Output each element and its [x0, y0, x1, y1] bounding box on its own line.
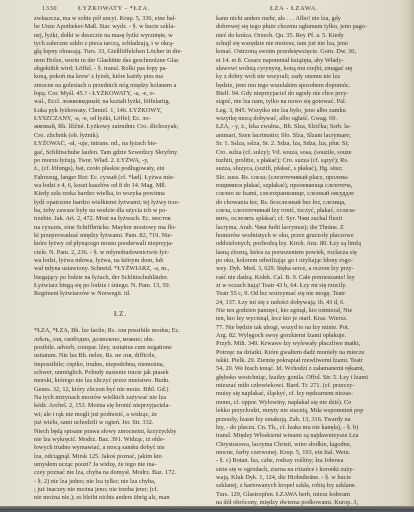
text-line: mono, cf. oppor. Wylowiny, napłakał się …	[216, 399, 389, 407]
text-line: tuzhiti, prolitie, s płakać); Cro. suzza…	[216, 157, 389, 165]
text-line: wi; ale i rąk nie mogli już podnosić, a …	[34, 411, 207, 419]
text-line: Niech będą spisane prawa słowy zmocnemi,…	[34, 428, 207, 436]
text-line: слезно ze łzami, слезохранилище, слезный…	[216, 190, 389, 198]
text-line: sławowi wolnią cyrynyzę, koną mu rzejbi,…	[216, 65, 389, 73]
left-running-title: ŁYŻKOWATY - *ŁZA.	[78, 5, 178, 12]
text-line: Leg. 3, 845. Wszytko nie lza było, jeno …	[216, 107, 389, 115]
text-line: konać. Ostrzoną swoim przedsięwzięcie. G…	[216, 48, 389, 56]
text-line: kann nicht anders mehr, als . . . Albo! …	[216, 15, 389, 23]
text-line: nie lza wykręcić. Modrz. Baz. 391. Widzą…	[34, 436, 207, 444]
text-line: вить, ослезять spłakać; cf. Syr. Чжи zac…	[216, 215, 389, 223]
text-line: ten, kto łzy wycisnął, lecz kto je otarł…	[216, 315, 389, 323]
text-line: Sr. 1. Sslza, sslza, Sr. 2. Sdza, lza, S…	[216, 140, 389, 148]
text-line: Nie ten godzien pamięci, kto zginął, kto…	[216, 307, 389, 315]
text-line: biegający po lodzie na łyżach, der Schli…	[34, 274, 207, 282]
text-line: przeszły, łzaste łzy smakują. Zab. 13, 3…	[216, 416, 389, 424]
text-line: Slo. suss. Rs. слеза; (слезоточивый płac…	[216, 174, 389, 182]
text-line: łzy, - do płaczu. Cn. Th., cf. łzaka mu …	[216, 424, 389, 432]
text-line: Fahrzeug, langer Bot: Ec. сухый (cf. *ła…	[34, 174, 207, 182]
text-line: transl. Między Włoskiemi winami są najda…	[216, 432, 389, 440]
text-line: po morzu łyżują. Twor. Wład. 2. ŁYŻWA, -…	[34, 157, 207, 165]
text-line: 24, 137. Łzy mi się z radości dobywają. …	[216, 299, 389, 307]
text-line: Łyżwiarz biegą się po lodzie i śniegu. N…	[34, 282, 207, 290]
text-line: nieć do końca. Orzech. Qu. 35. Rey Pf. a…	[216, 32, 389, 40]
text-line: Regiment łyżwiarzów w Norwegii. id.	[34, 290, 207, 298]
text-line: oddzielonych, pochodzą łzy. Kirch. Anz. …	[216, 240, 389, 248]
text-line: wają. Kluk Dyk. 1, 124, die Hiobsthräne.…	[216, 474, 389, 482]
text-line: ŁYŻOWAĆ, -ał, -uje, intrans. nd., na łyż…	[34, 140, 207, 148]
text-line: gać, Schlittschuhe laufen. Tam gdzie Szw…	[34, 149, 207, 157]
text-line: schwer, unmöglich. Pobudy nasienie traci…	[34, 369, 207, 377]
text-line: nem Holze, worin in der Glashütte das ge…	[34, 57, 207, 65]
text-line: łasną zlozną, która za poruszeniem powie…	[216, 249, 389, 257]
section-heading: ŁZ.	[34, 307, 207, 324]
text-line: - §. c) Botan. łza, cabe, rodzay rośliny…	[216, 457, 389, 465]
text-line: muisy się naplakać, śląskyć, cf. łzy nęd…	[216, 390, 389, 398]
text-line: umysłem ucząc pouzi? Ja widzę, że tego n…	[34, 461, 207, 469]
text-line: zwłaszcza, ma w sobie pół uncyi. Krup. 5…	[34, 15, 207, 23]
text-line: dobrowej się tego płuże chcemu ugłumam t…	[216, 23, 389, 31]
text-line: po oku, kolorem odwilżając go i ożyliają…	[216, 257, 389, 265]
text-line: 54, 20. We łzach tonąć. Id. Wchodzi z za…	[216, 365, 389, 373]
text-line: posibile. adverb, compar. lźey, usitatiu…	[34, 344, 207, 352]
text-line: lekko przychodzi, mnyty nie stacnią, Mda…	[216, 407, 389, 415]
text-line: animari, Szen lacrimatio; Slo. Slza, Slz…	[216, 132, 389, 140]
text-line: Cro. zlichnik (ob. łyżnik).	[34, 132, 207, 140]
text-line: zmocne na golesiach u przednich nóg międ…	[34, 82, 207, 90]
text-line: Arg. 82. Wylęgoch swoy gorzkiemi łzami o…	[216, 332, 389, 340]
text-line: лзѣлъ, лзя, свободно, дозволено, можно; …	[34, 336, 207, 344]
text-line: wa łodzi, łyżwa młowa, łyżwa, na którym …	[34, 257, 207, 265]
text-line: lza, odciągnął. Mirsk 125. Jakoś poznać,…	[34, 453, 207, 461]
text-line: Cro. sulza (cf. sulzy); Vd. souza, sosa,…	[216, 149, 389, 157]
text-line: *ŁZA, *ŁZA, Bh. lze facile; Rs. лзя poss…	[34, 327, 207, 335]
text-line: tych zaleczne szkło z pieca tarczą, schł…	[34, 40, 207, 48]
running-header: 1330 ŁYŻKOWATY - *ŁZA. ŁZA - ŁZAWA.	[0, 5, 414, 15]
page-number: 1330	[42, 5, 57, 12]
text-line: Łuka pyk łyżkowaty. Chmiel. 1, 146. ŁYŻK…	[34, 107, 207, 115]
text-line: już wielu, sami uchodzili w ogień. Jer. …	[34, 419, 207, 427]
text-line: wszytkę mocą dobywać, albo ugłaść. Gwag.…	[216, 115, 389, 123]
text-line: czey poznać nie lza, chyba na domysł. Mo…	[34, 469, 207, 477]
text-line: mocne, farby czerwonej. Krup. 5, 103, ei…	[216, 449, 389, 457]
text-line: schujł się wszędzie nie możesz, tam już …	[216, 40, 389, 48]
text-line: łydź opatrzone bardzo wielkiemi łyżwami;…	[34, 199, 207, 207]
text-line: be Unze Apotheker-Maß. Siar. wydz. - §. …	[34, 23, 207, 31]
text-line: koną, pokoń ma krew' z łyżek, które każd…	[34, 73, 207, 81]
text-line: Kiedy szła rzeka bardzo wielka, to wszyk…	[34, 190, 207, 198]
text-line: 77. Nie będzie tak ubogi, wszyd to na łz…	[216, 324, 389, 332]
text-line: wa łodzi z 4, 6, koszt kaszłów od 8 do 1…	[34, 182, 207, 190]
text-line: głą łopny obracają. Turs. 33, Gießlöffel…	[34, 48, 207, 56]
text-line: raść nie dadzą. Kołek. Cal. B. 9. Całe p…	[216, 274, 389, 282]
text-line: które łyżwy od płynącego mostu pooderwal…	[34, 240, 207, 248]
text-line: nie można nie.); es bleibt nichts anders…	[34, 494, 207, 502]
text-line: жковый, Rh. lžičné. Łyżkowy zatrudnic Cr…	[34, 123, 207, 131]
text-line: będzie, jeno mu tego wszelakim sposobem …	[216, 82, 389, 90]
right-running-title: ŁZA - ŁZAWA.	[270, 5, 370, 12]
text-line: Przyb. Milt. 349. Krwawe łzy wylewały pł…	[216, 340, 389, 348]
text-line: głęboko westchniąc, łzaiłzy gonila. Offo…	[216, 374, 389, 382]
text-line: Na tych mizynach mostów wielkich zażywać…	[34, 394, 207, 402]
text-line: abgekühlt wird; Löffel. - §. transl. Rol…	[34, 65, 207, 73]
text-line: lacryma, Arab. Чжи fudit lacrymas); die …	[216, 224, 389, 232]
text-line: do chowania łez; Rs. безслезный bez łez,…	[216, 199, 389, 207]
text-line: wey. Dyk. Med. 3, 629. Stęka serce, a oc…	[216, 265, 389, 273]
left-column: zwłaszcza, ma w sobie pół uncyi. Krup. 5…	[34, 15, 207, 503]
text-line: iskki. Pielk. 29. Ziemię pokrapiał rzewl…	[216, 357, 389, 365]
text-line: ; już inaczey nie można jeno; nie trzeba…	[34, 486, 207, 494]
text-line: łowych trudno wymawiać, a mocą samku dob…	[34, 444, 207, 452]
text-line: ciele. N. Pam. 2, 236. - §. w mlynobudow…	[34, 249, 207, 257]
text-line: homorów wodnistych w oku, przez gruczoły…	[216, 232, 389, 240]
text-line: ż., (cf. łöfungs), bat, czoło płaskie po…	[34, 165, 207, 173]
text-line: mieszać miło człowiekowi. Bard. Tr. 271.…	[216, 382, 389, 390]
text-line: Chrystusowa, lacryma Christi, wino słodk…	[216, 441, 389, 449]
text-line: impossibile; ciężko, trudno, niepodobna,…	[34, 361, 207, 369]
text-line: - §. 2) nie lza jedno; nie lza tylko; ni…	[34, 478, 207, 486]
text-line: stąpić, nie lza nam, tylko na nowo się g…	[216, 98, 389, 106]
text-line: zi w oczach itają! Teatr 43 b, 64. Łzy m…	[216, 282, 389, 290]
text-line: łopą. Cor. Myśl. 45.? - ŁYŻKOWATY, -a, -…	[34, 90, 207, 98]
text-line: wał młyna ustawiony. Schneid. *ŁYŻWIARZ,…	[34, 265, 207, 273]
text-line: na dół obrócony, między dwiema podkowami…	[216, 499, 389, 507]
text-line: morski, którego nie lza zliczyć przez mn…	[34, 377, 207, 385]
text-line: Turs. 129, Glastropfen. ŁZAWA herb, mies…	[216, 491, 389, 499]
text-line: et 14. et 8. Cesarz napomniał książęta, …	[216, 57, 389, 65]
text-line: usitatum. Nie lza Bh. nelze, Rs. не лзя,…	[34, 352, 207, 360]
text-line: ky z dobry woli nie wszyrali; zady onemu…	[216, 73, 389, 81]
text-line: sieie się w ogrodach, ziarna na różańce …	[216, 466, 389, 474]
text-line: Genes. 32, 12, który zliczon być nie moż…	[34, 386, 207, 394]
text-line: Potrzęc na dziatki. Które gwałtem dadź m…	[216, 349, 389, 357]
text-line: trzebie. Jak. Art. 2, 472. Most na łyżwa…	[34, 215, 207, 223]
left-column-text-lower: *ŁZA, *ŁZA, Bh. lze facile; Rs. лзя poss…	[34, 327, 207, 502]
text-line: ba, żeby zawsze były na wodzie dla użyci…	[34, 207, 207, 215]
text-line: ŁZA, - y, ż., łzka zwulna., Bh. Slza, Sl…	[216, 123, 389, 131]
text-line: Bielf. 94. Gdy nieprzyjaciel do ugody ni…	[216, 90, 389, 98]
text-line: suzza, sluzyca, (suzili, płakać, s płaka…	[216, 165, 389, 173]
text-line: ŁYSZCZANY, -a, -e, od łyżki, Löffel; Ec.…	[34, 115, 207, 123]
text-line: на сухыхъ, eine Schiffbrücke. Mayhor mos…	[34, 224, 207, 232]
text-line: wal., Eccl. ложковидный; na kształt łyżk…	[34, 98, 207, 106]
left-column-text-upper: zwłaszcza, ma w sobie pół uncyi. Krup. 5…	[34, 15, 207, 299]
text-line: слеза, слезоточивый łzy ronić, toczyć, p…	[216, 207, 389, 215]
text-line: ki przeprowadzać między łyżwami. Pam. 82…	[34, 232, 207, 240]
text-line: Teatr 55 c, 9. Od łez wstrzymać się nie …	[216, 290, 389, 298]
text-line: nej, łyżki, dołki w deszczie na masę łyż…	[34, 32, 207, 40]
text-line: kédż. Archel. 2, 153. Można się bronić n…	[34, 402, 207, 410]
text-line: szklanej, z hartowanych kropel szkła, ro…	[216, 482, 389, 490]
right-column: kann nicht anders mehr, als . . . Albo! …	[216, 15, 389, 507]
text-line: ющимися płakać, szpłakać), пролевающа сл…	[216, 182, 389, 190]
right-column-text: kann nicht anders mehr, als . . . Albo! …	[216, 15, 389, 507]
page-edge-shadow	[408, 0, 414, 507]
